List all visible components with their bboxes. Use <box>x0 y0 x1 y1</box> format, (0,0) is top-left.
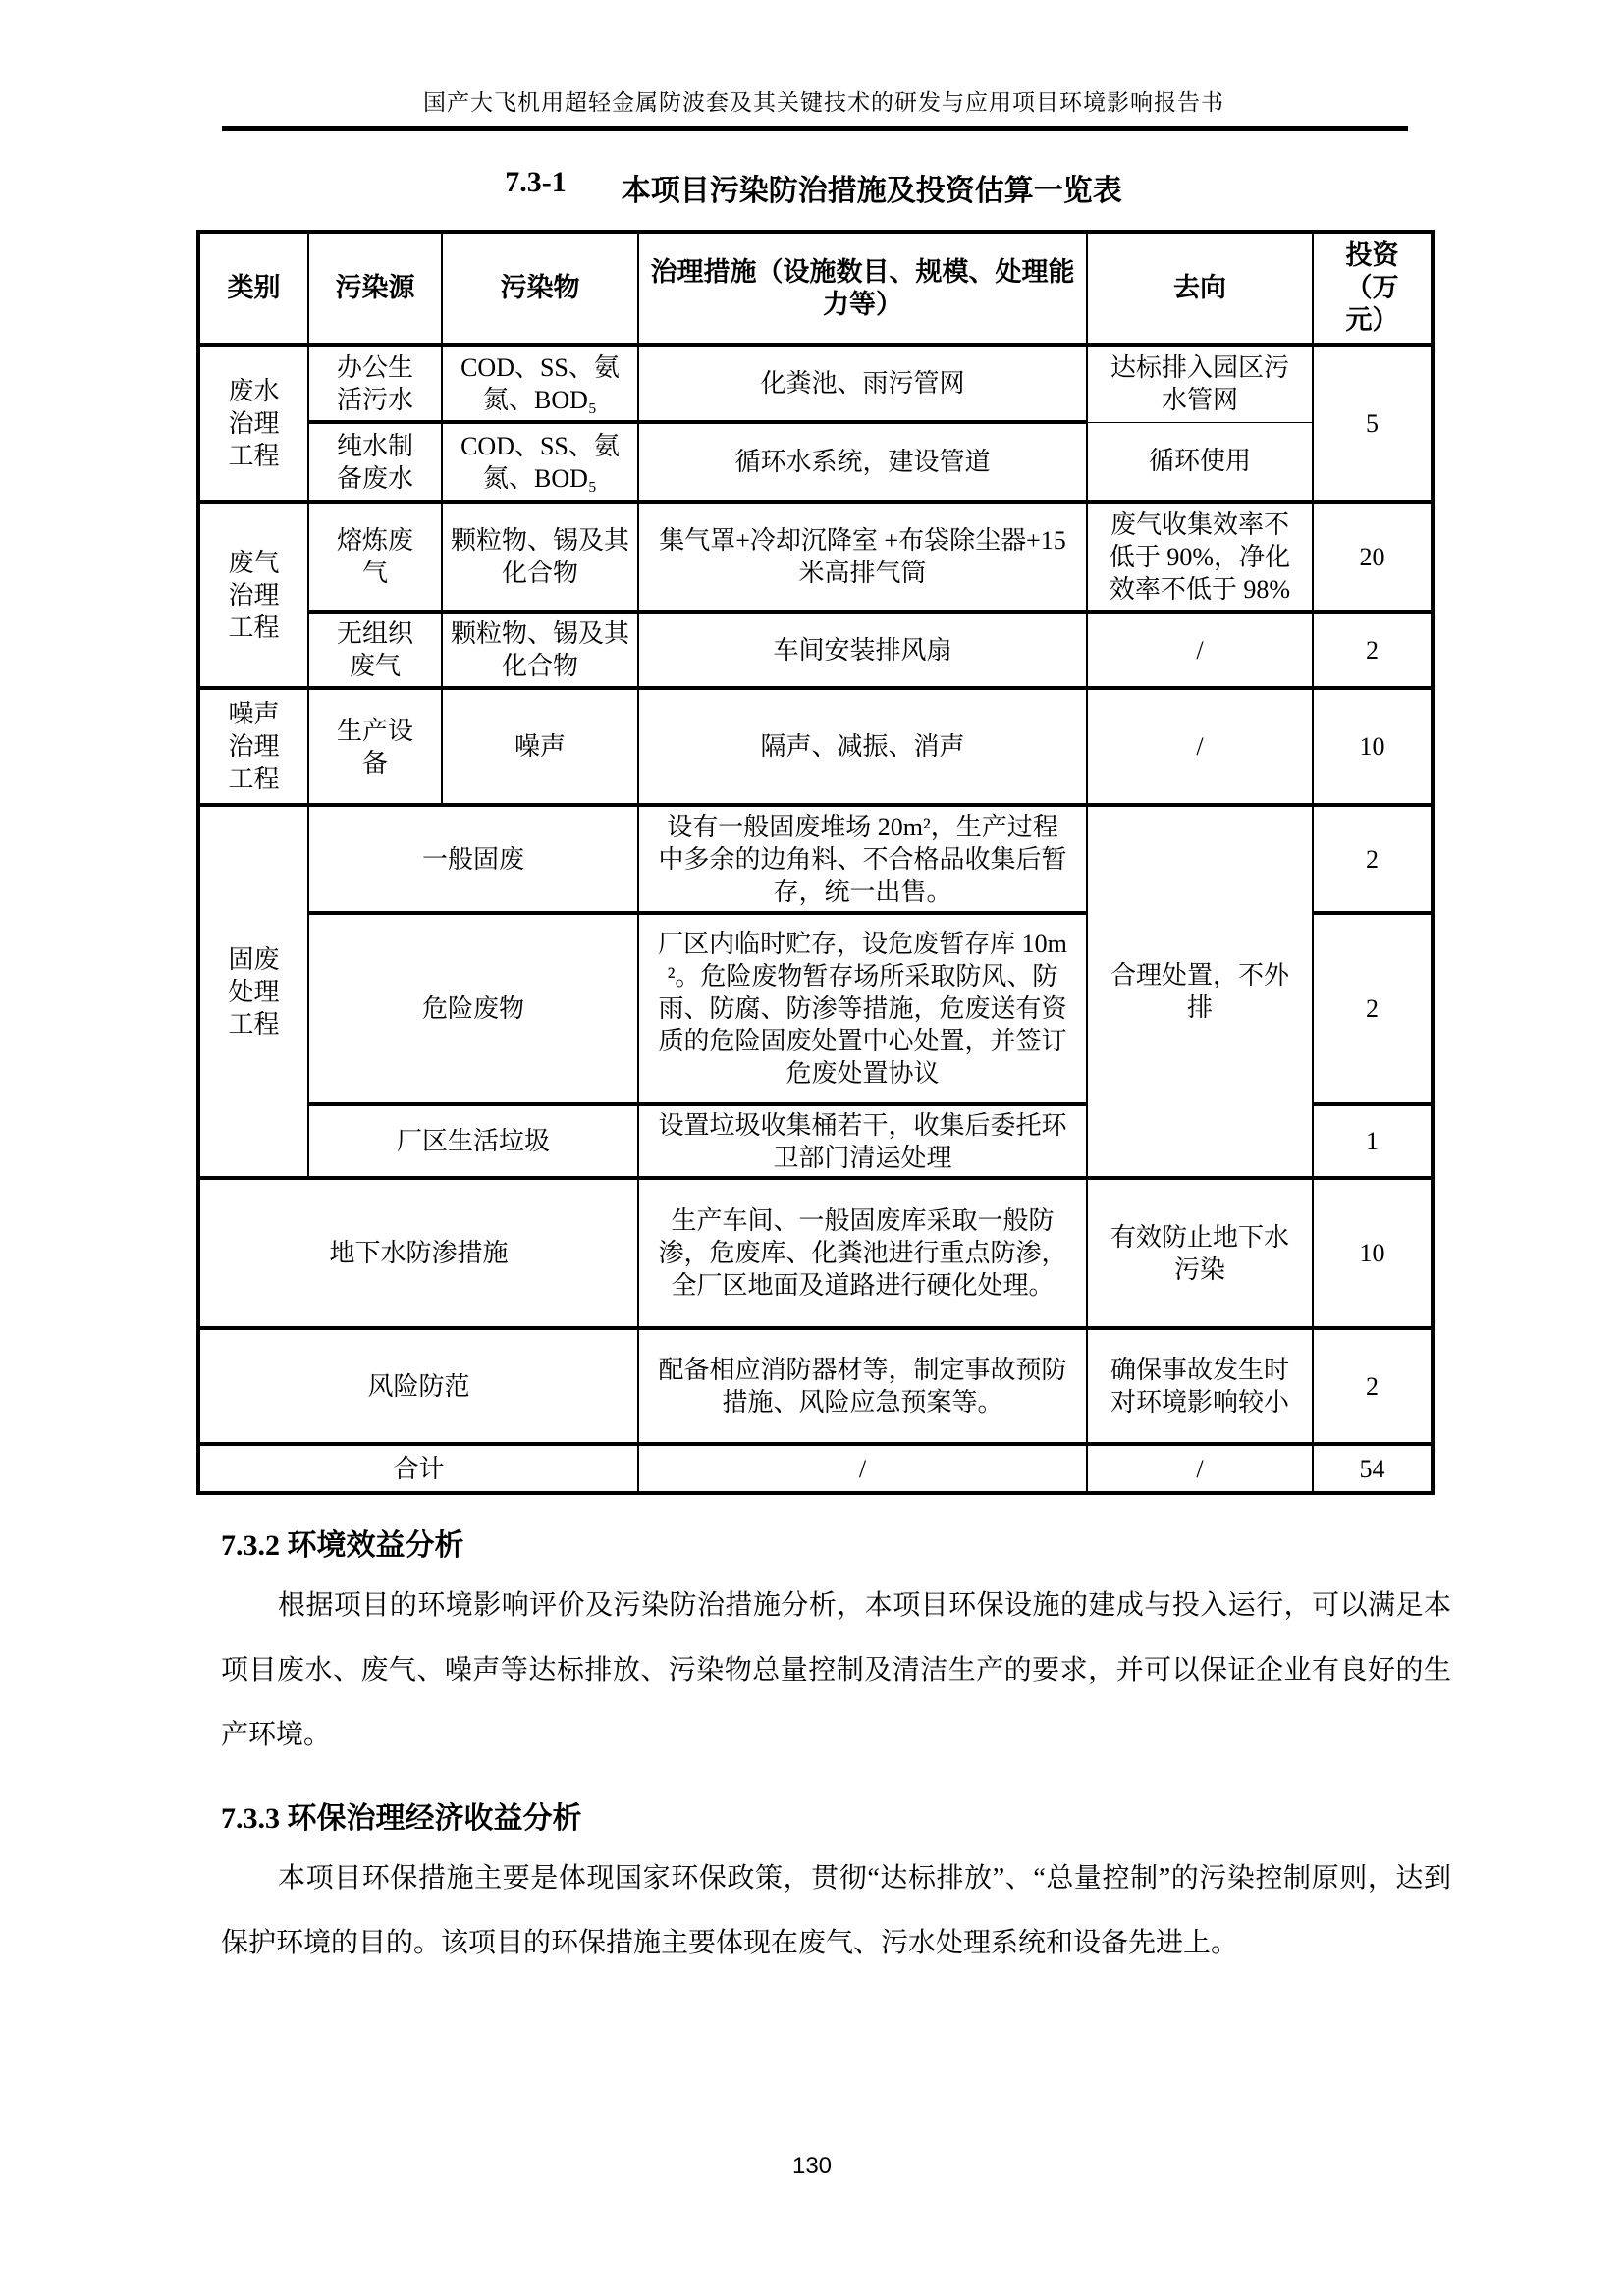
cell-investment: 10 <box>1313 1178 1433 1328</box>
table-caption: 7.3-1 本项目污染防治措施及投资估算一览表 <box>196 166 1431 209</box>
cell-category: 固废处理工程 <box>198 805 308 1178</box>
table-caption-number: 7.3-1 <box>505 166 567 209</box>
section-paragraph: 本项目环保措施主要是体现国家环保政策，贯彻“达标排放”、“总量控制”的污染控制原… <box>221 1846 1451 1976</box>
header-rule <box>222 126 1408 131</box>
cell-total-label: 合计 <box>198 1444 638 1493</box>
cell-destination: 循环使用 <box>1087 422 1313 502</box>
cell-destination: / <box>1087 612 1313 688</box>
cell-destination: 废气收集效率不低于 90%，净化效率不低于 98% <box>1087 502 1313 612</box>
cell-category: 废气治理工程 <box>198 502 308 688</box>
cell-pollutant: 噪声 <box>442 688 638 805</box>
cell-measure: 配备相应消防器材等，制定事故预防措施、风险应急预案等。 <box>638 1328 1087 1444</box>
table-row: 无组织废气 颗粒物、锡及其化合物 车间安装排风扇 / 2 <box>198 612 1433 688</box>
cell-source: 纯水制备废水 <box>308 422 442 502</box>
cell-source: 一般固废 <box>308 805 638 913</box>
column-header-source: 污染源 <box>308 232 442 345</box>
pollution-measures-table: 类别 污染源 污染物 治理措施（设施数目、规模、处理能力等） 去向 投资（万元）… <box>196 230 1435 1495</box>
column-header-category: 类别 <box>198 232 308 345</box>
cell-pollutant: COD、SS、氨氮、BOD₅ <box>442 345 638 422</box>
cell-destination: 确保事故发生时对环境影响较小 <box>1087 1328 1313 1444</box>
cell-destination: 合理处置，不外排 <box>1087 805 1313 1178</box>
table-caption-title: 本项目污染防治措施及投资估算一览表 <box>622 166 1122 209</box>
cell-measure: 集气罩+冷却沉降室 +布袋除尘器+15 米高排气筒 <box>638 502 1087 612</box>
page-number: 130 <box>0 2153 1624 2180</box>
cell-total-investment: 54 <box>1313 1444 1433 1493</box>
page-header: 国产大飞机用超轻金属防波套及其关键技术的研发与应用项目环境影响报告书 <box>196 0 1451 131</box>
cell-source: 无组织废气 <box>308 612 442 688</box>
cell-investment: 5 <box>1313 345 1433 502</box>
cell-category: 噪声治理工程 <box>198 688 308 805</box>
cell-measure: 车间安装排风扇 <box>638 612 1087 688</box>
cell-source: 厂区生活垃圾 <box>308 1104 638 1178</box>
cell-destination: / <box>1087 688 1313 805</box>
section-heading: 7.3.2 环境效益分析 <box>221 1524 1451 1568</box>
table-row: 风险防范 配备相应消防器材等，制定事故预防措施、风险应急预案等。 确保事故发生时… <box>198 1328 1433 1444</box>
cell-measure: 生产车间、一般固废库采取一般防渗，危废库、化粪池进行重点防渗，全厂区地面及道路进… <box>638 1178 1087 1328</box>
running-header-title: 国产大飞机用超轻金属防波套及其关键技术的研发与应用项目环境影响报告书 <box>196 0 1451 117</box>
cell-source: 危险废物 <box>308 913 638 1104</box>
cell-measure: 隔声、减振、消声 <box>638 688 1087 805</box>
section-paragraph: 根据项目的环境影响评价及污染防治措施分析，本项目环保设施的建成与投入运行，可以满… <box>221 1574 1451 1768</box>
cell-investment: 2 <box>1313 1328 1433 1444</box>
cell-investment: 2 <box>1313 805 1433 913</box>
column-header-destination: 去向 <box>1087 232 1313 345</box>
cell-category: 废水治理工程 <box>198 345 308 502</box>
cell-pollutant: COD、SS、氨氮、BOD₅ <box>442 422 638 502</box>
document-page: 国产大飞机用超轻金属防波套及其关键技术的研发与应用项目环境影响报告书 7.3-1… <box>0 0 1624 2296</box>
cell-pollutant: 颗粒物、锡及其化合物 <box>442 502 638 612</box>
table-row: 地下水防渗措施 生产车间、一般固废库采取一般防渗，危废库、化粪池进行重点防渗，全… <box>198 1178 1433 1328</box>
table-row: 固废处理工程 一般固废 设有一般固废堆场 20m²，生产过程中多余的边角料、不合… <box>198 805 1433 913</box>
cell-investment: 1 <box>1313 1104 1433 1178</box>
table-row: 废气治理工程 熔炼废气 颗粒物、锡及其化合物 集气罩+冷却沉降室 +布袋除尘器+… <box>198 502 1433 612</box>
table-row-total: 合计 / / 54 <box>198 1444 1433 1493</box>
cell-pollutant: 颗粒物、锡及其化合物 <box>442 612 638 688</box>
column-header-investment: 投资（万元） <box>1313 232 1433 345</box>
cell-measure: 化粪池、雨污管网 <box>638 345 1087 422</box>
cell-investment: 20 <box>1313 502 1433 612</box>
table-row: 噪声治理工程 生产设备 噪声 隔声、减振、消声 / 10 <box>198 688 1433 805</box>
table-header-row: 类别 污染源 污染物 治理措施（设施数目、规模、处理能力等） 去向 投资（万元） <box>198 232 1433 345</box>
cell-source: 生产设备 <box>308 688 442 805</box>
cell-investment: 10 <box>1313 688 1433 805</box>
cell-source: 办公生活污水 <box>308 345 442 422</box>
column-header-measure: 治理措施（设施数目、规模、处理能力等） <box>638 232 1087 345</box>
cell-measure: 厂区内临时贮存，设危废暂存库 10m²。危险废物暂存场所采取防风、防雨、防腐、防… <box>638 913 1087 1104</box>
cell-measure: 设置垃圾收集桶若干，收集后委托环卫部门清运处理 <box>638 1104 1087 1178</box>
section-heading: 7.3.3 环保治理经济收益分析 <box>221 1797 1451 1841</box>
cell-measure: 设有一般固废堆场 20m²，生产过程中多余的边角料、不合格品收集后暂存，统一出售… <box>638 805 1087 913</box>
cell-investment: 2 <box>1313 913 1433 1104</box>
cell-source: 熔炼废气 <box>308 502 442 612</box>
cell-destination: 有效防止地下水污染 <box>1087 1178 1313 1328</box>
cell-destination: / <box>1087 1444 1313 1493</box>
cell-source: 地下水防渗措施 <box>198 1178 638 1328</box>
table-row: 纯水制备废水 COD、SS、氨氮、BOD₅ 循环水系统，建设管道 循环使用 <box>198 422 1433 502</box>
cell-measure: / <box>638 1444 1087 1493</box>
cell-measure: 循环水系统，建设管道 <box>638 422 1087 502</box>
cell-source: 风险防范 <box>198 1328 638 1444</box>
section-economic-benefit: 7.3.3 环保治理经济收益分析 本项目环保措施主要是体现国家环保政策，贯彻“达… <box>196 1797 1451 1976</box>
section-environmental-benefit: 7.3.2 环境效益分析 根据项目的环境影响评价及污染防治措施分析，本项目环保设… <box>196 1524 1451 1768</box>
table-row: 废水治理工程 办公生活污水 COD、SS、氨氮、BOD₅ 化粪池、雨污管网 达标… <box>198 345 1433 422</box>
cell-investment: 2 <box>1313 612 1433 688</box>
column-header-pollutant: 污染物 <box>442 232 638 345</box>
cell-destination: 达标排入园区污水管网 <box>1087 345 1313 422</box>
